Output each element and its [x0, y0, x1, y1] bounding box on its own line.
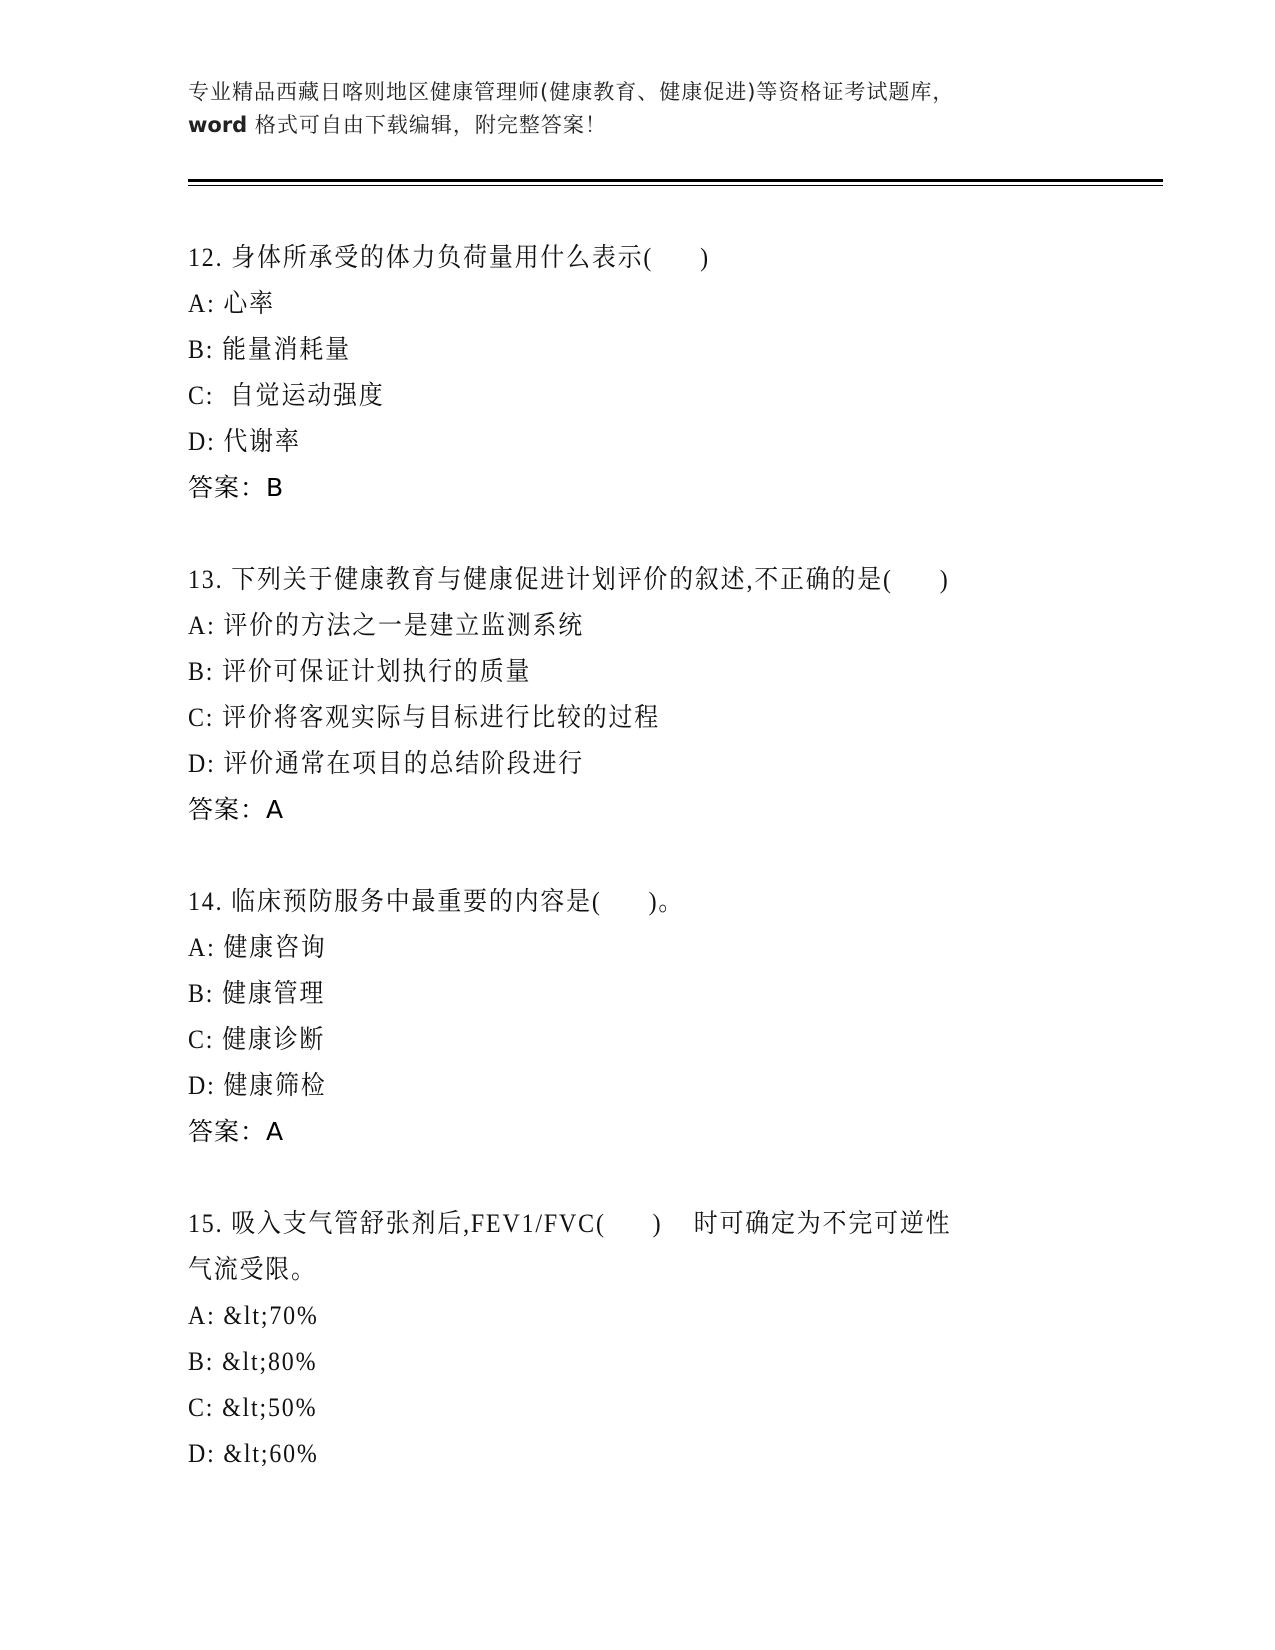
option-c: C: &lt;50% — [188, 1385, 1016, 1431]
option-a: A: 健康咨询 — [188, 925, 1016, 971]
option-a: A: &lt;70% — [188, 1293, 1016, 1339]
option-a: A: 心率 — [188, 281, 1016, 327]
question-title: 13. 下列关于健康教育与健康促进计划评价的叙述,不正确的是( ) — [188, 557, 1016, 603]
option-d: D: &lt;60% — [188, 1431, 1016, 1477]
header-line-1: 专业精品西藏日喀则地区健康管理师(健康教育、健康促进)等资格证考试题库， — [188, 76, 1088, 109]
option-b: B: 能量消耗量 — [188, 327, 1016, 373]
option-d: D: 代谢率 — [188, 419, 1016, 465]
document-page: 专业精品西藏日喀则地区健康管理师(健康教育、健康促进)等资格证考试题库， wor… — [0, 0, 1275, 1650]
option-d: D: 健康筛检 — [188, 1063, 1016, 1109]
question-title-continued: 气流受限。 — [188, 1247, 1016, 1293]
question-15: 15. 吸入支气管舒张剂后,FEV1/FVC( ) 时可确定为不完可逆性 气流受… — [188, 1201, 1088, 1477]
option-c: C: 自觉运动强度 — [188, 373, 1016, 419]
question-title: 15. 吸入支气管舒张剂后,FEV1/FVC( ) 时可确定为不完可逆性 — [188, 1201, 1016, 1247]
question-title: 12. 身体所承受的体力负荷量用什么表示( ) — [188, 235, 1016, 281]
option-b: B: &lt;80% — [188, 1339, 1016, 1385]
option-b: B: 评价可保证计划执行的质量 — [188, 649, 1016, 695]
answer-line: 答案：A — [188, 1109, 1088, 1155]
header-line-2-text: 格式可自由下载编辑，附完整答案！ — [247, 113, 607, 137]
header-double-rule — [188, 179, 1163, 186]
option-a: A: 评价的方法之一是建立监测系统 — [188, 603, 1016, 649]
question-12: 12. 身体所承受的体力负荷量用什么表示( ) A: 心率 B: 能量消耗量 C… — [188, 235, 1088, 511]
document-header: 专业精品西藏日喀则地区健康管理师(健康教育、健康促进)等资格证考试题库， wor… — [188, 76, 1088, 142]
option-c: C: 评价将客观实际与目标进行比较的过程 — [188, 695, 1016, 741]
question-13: 13. 下列关于健康教育与健康促进计划评价的叙述,不正确的是( ) A: 评价的… — [188, 557, 1088, 833]
question-title: 14. 临床预防服务中最重要的内容是( )。 — [188, 879, 1016, 925]
question-14: 14. 临床预防服务中最重要的内容是( )。 A: 健康咨询 B: 健康管理 C… — [188, 879, 1088, 1155]
option-b: B: 健康管理 — [188, 971, 1016, 1017]
header-word-label: word — [188, 113, 247, 137]
option-d: D: 评价通常在项目的总结阶段进行 — [188, 741, 1016, 787]
header-line-2: word 格式可自由下载编辑，附完整答案！ — [188, 109, 1088, 142]
answer-line: 答案：A — [188, 787, 1088, 833]
answer-line: 答案：B — [188, 465, 1088, 511]
option-c: C: 健康诊断 — [188, 1017, 1016, 1063]
